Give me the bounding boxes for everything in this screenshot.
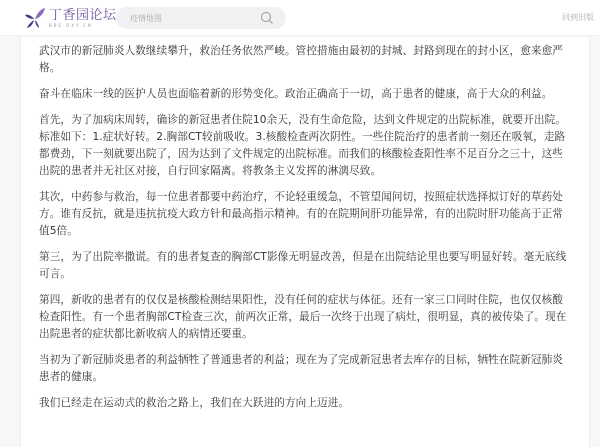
logo-title: 丁香园论坛 (49, 9, 117, 22)
paragraph: 我们已经走在运动式的救治之路上，我们在大跃进的方向上迈进。 (39, 395, 569, 412)
site-header: 丁香园论坛 BBS.DXY.CN 回到旧版 (0, 0, 600, 36)
search-icon[interactable] (260, 11, 274, 25)
paragraph: 其次，中药参与救治，每一位患者都要中药治疗，不论轻重缓急，不管望闻问切，按照症状… (39, 189, 569, 240)
site-logo[interactable]: 丁香园论坛 BBS.DXY.CN (24, 6, 117, 30)
paragraph: 第三，为了出院率撒谎。有的患者复查的胸部CT影像无明显改善，但是在出院结论里也要… (39, 249, 569, 283)
paragraph: 首先，为了加病床周转，确诊的新冠患者住院10余天，没有生命危险，达到文件规定的出… (39, 112, 569, 180)
butterfly-logo-icon (24, 7, 46, 29)
post-body: 武汉市的新冠肺炎人数继续攀升，救治任务依然严峻。管控措施由最初的封城、封路到现在… (39, 43, 569, 421)
search-box (116, 7, 286, 29)
paragraph: 当初为了新冠肺炎患者的利益牺牲了普通患者的利益；现在为了完成新冠患者去库存的目标… (39, 352, 569, 386)
paragraph: 武汉市的新冠肺炎人数继续攀升，救治任务依然严峻。管控措施由最初的封城、封路到现在… (39, 43, 569, 77)
old-version-link[interactable]: 回到旧版 (562, 12, 594, 23)
logo-subtitle: BBS.DXY.CN (49, 24, 117, 28)
paragraph: 奋斗在临床一线的医护人员也面临着新的形势变化。政治正确高于一切，高于患者的健康，… (39, 86, 569, 103)
paragraph: 第四，新收的患者有的仅仅是核酸检测结果阳性，没有任何的症状与体征。还有一家三口同… (39, 292, 569, 343)
post-content-card: 武汉市的新冠肺炎人数继续攀升，救治任务依然严峻。管控措施由最初的封城、封路到现在… (20, 37, 590, 436)
search-input[interactable] (130, 7, 250, 29)
